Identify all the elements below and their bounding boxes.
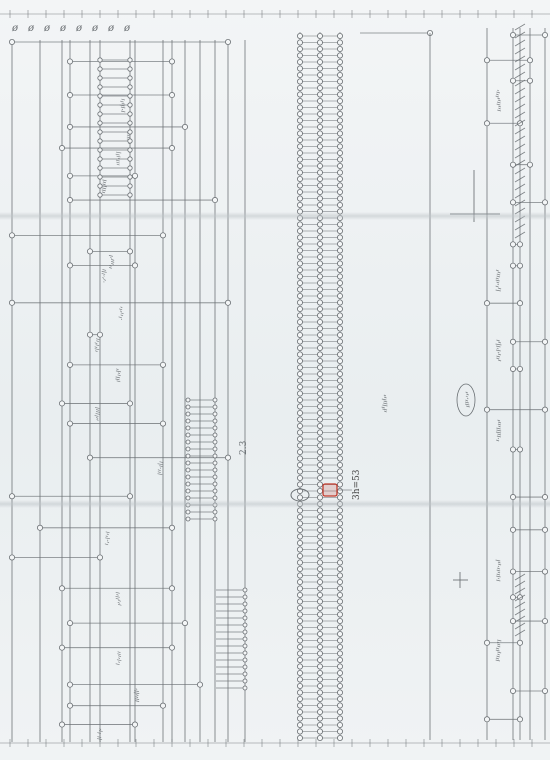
svg-text:ø: ø (27, 23, 35, 34)
scanned-diagram-sheet: øøøøøøøø2.3 3h=53 (0, 0, 550, 760)
paper-fold-line (0, 500, 550, 508)
svg-text:ø: ø (43, 23, 51, 34)
paper-fold-line (0, 212, 550, 220)
schematic-drawing: øøøøøøøø2.3 (0, 0, 550, 760)
svg-text:ø: ø (11, 23, 19, 34)
highlighted-element (323, 484, 337, 496)
highlight-annotation: 3h=53 (352, 469, 362, 500)
svg-text:ø: ø (107, 23, 115, 34)
svg-text:ø: ø (123, 23, 131, 34)
svg-text:ø: ø (75, 23, 83, 34)
svg-text:ø: ø (59, 23, 67, 34)
svg-text:2.3: 2.3 (239, 440, 249, 455)
svg-text:ø: ø (91, 23, 99, 34)
